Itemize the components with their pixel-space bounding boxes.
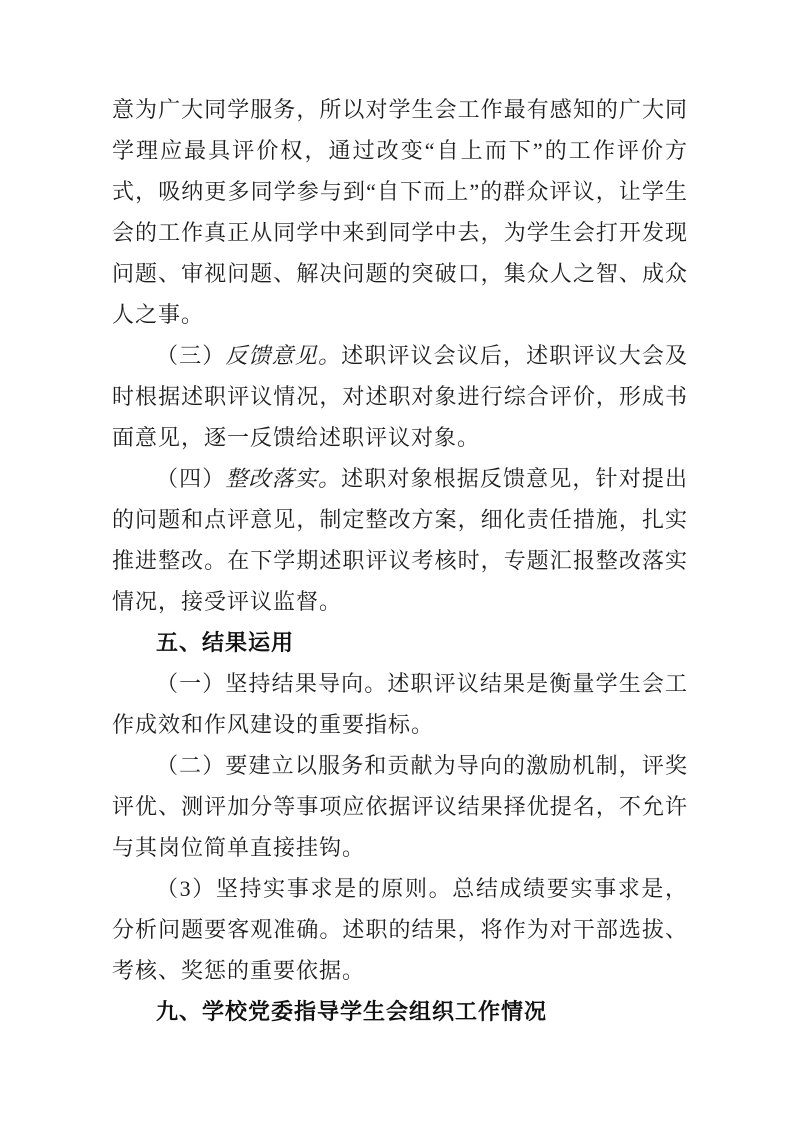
section-heading-9: 九、学校党委指导学生会组织工作情况 xyxy=(112,991,688,1032)
body-paragraph-item-2: （二）要建立以服务和贡献为导向的激励机制，评奖评优、测评加分等事项应依据评议结果… xyxy=(112,745,688,868)
item-number: （三） xyxy=(156,343,225,368)
item-lead-in: 整改落实。 xyxy=(225,466,341,491)
body-paragraph-item-3: （三）反馈意见。述职评议会议后，述职评议大会及时根据述职评议情况，对述职对象进行… xyxy=(112,335,688,458)
paragraph-text: 意为广大同学服务，所以对学生会工作最有感知的广大同学理应最具评价权，通过改变“自… xyxy=(112,97,688,327)
body-paragraph-continuation: 意为广大同学服务，所以对学生会工作最有感知的广大同学理应最具评价权，通过改变“自… xyxy=(112,89,688,335)
body-paragraph-item-1: （一）坚持结果导向。述职评议结果是衡量学生会工作成效和作风建设的重要指标。 xyxy=(112,663,688,745)
item-number: （四） xyxy=(156,466,225,491)
paragraph-text: （二）要建立以服务和贡献为导向的激励机制，评奖评优、测评加分等事项应依据评议结果… xyxy=(112,753,688,860)
item-lead-in: 反馈意见。 xyxy=(225,343,341,368)
section-heading-5: 五、结果运用 xyxy=(112,622,688,663)
document-page: 意为广大同学服务，所以对学生会工作最有感知的广大同学理应最具评价权，通过改变“自… xyxy=(0,0,800,1131)
paragraph-text: （3）坚持实事求是的原则。总结成绩要实事求是，分析问题要客观准确。述职的结果，将… xyxy=(112,876,688,983)
body-paragraph-item-4: （四）整改落实。述职对象根据反馈意见，针对提出的问题和点评意见，制定整改方案，细… xyxy=(112,458,688,622)
body-paragraph-item-3b: （3）坚持实事求是的原则。总结成绩要实事求是，分析问题要客观准确。述职的结果，将… xyxy=(112,868,688,991)
paragraph-text: （一）坚持结果导向。述职评议结果是衡量学生会工作成效和作风建设的重要指标。 xyxy=(112,671,688,737)
